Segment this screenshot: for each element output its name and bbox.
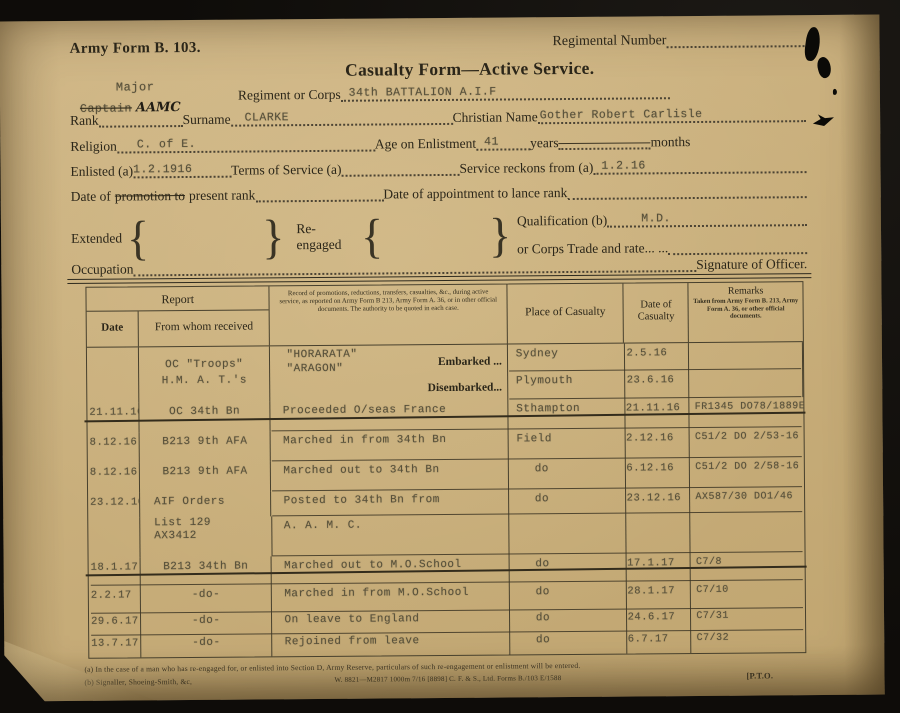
ship-name-2: "ARAGON" <box>287 363 344 376</box>
months-label: months <box>650 134 690 149</box>
cell-remarks: C7/31 <box>691 608 805 631</box>
enlisted-line: Enlisted (a) 1.2.1916 Terms of Service (… <box>70 158 806 179</box>
cell-record: Proceeded O/seas France <box>271 399 509 431</box>
christian-name-value: Gother Robert Carlisle <box>540 108 703 122</box>
service-reckons-field: 1.2.16 <box>593 159 806 175</box>
cell-record: Marched in from 34th Bn <box>271 429 509 461</box>
terms-of-service-label: Terms of Service (a) <box>231 162 342 178</box>
service-reckons-value: 1.2.16 <box>601 159 646 172</box>
religion-field: C. of E. <box>117 138 375 154</box>
age-field: 41 <box>476 136 530 150</box>
table-row: 13.7.17 -do- Rejoined from leave do 6.7.… <box>89 630 805 658</box>
promotion-line: Date of promotion to present rank Date o… <box>71 183 807 204</box>
enlisted-field: 1.2.1916 <box>133 164 231 179</box>
cell-casualty-date: 6.7.17 <box>627 631 692 654</box>
service-reckons-label: Service reckons from (a) <box>459 160 593 176</box>
extended-fields <box>151 237 260 238</box>
rank-value-new: Major <box>116 80 155 94</box>
cell-record: On leave to England <box>272 610 509 634</box>
scan-background: Army Form B. 103. Regimental Number Casu… <box>0 0 900 713</box>
occupation-label: Occupation <box>71 261 133 276</box>
regiment-value: 34th BATTALION A.I.F <box>349 86 497 100</box>
cell-casualty-date: 2.12.16 <box>625 428 690 459</box>
from-line-1: OC "Troops" <box>139 358 270 372</box>
cell-place: Sthampton <box>508 399 625 430</box>
cell-remarks: C51/2 DO 2/58-16 <box>690 457 804 488</box>
qualification-field: M.D. <box>607 212 807 228</box>
cell-remarks: AX587/30 DO1/46 <box>690 487 804 513</box>
date-column-header: Date <box>87 311 139 346</box>
cell-casualty-date: 23.12.16 <box>626 488 691 514</box>
cell-date: 8.12.16 <box>88 462 140 492</box>
cell-casualty-date: 21.11.16 <box>625 398 690 429</box>
lance-rank-field <box>567 184 806 200</box>
cell-record: Rejoined from leave <box>273 632 510 656</box>
cell-record: Marched in from M.O.School <box>272 582 510 612</box>
cell-record: A. A. M. C. <box>272 514 510 556</box>
embarked-label: Embarked ... <box>438 356 502 370</box>
remarks-subtitle: Taken from Army Form B. 213, Army Form A… <box>689 296 803 321</box>
brace-open-2: { <box>361 212 383 260</box>
cell-record: "HORARATA" "ARAGON" Embarked ... Disemba… <box>270 344 508 401</box>
disembarked-label: Disembarked... <box>428 382 503 396</box>
corps-trade-field <box>668 240 807 255</box>
cell-date: 21.11.16 <box>87 402 139 432</box>
cell-date: 8.12.16 <box>88 432 140 462</box>
cell-remarks: FR1345 DO78/1889E <box>690 397 804 428</box>
embark-date: 2.5.16 <box>626 347 667 360</box>
signature-label: Signature of Officer. <box>696 256 807 272</box>
cell-from: -do- <box>141 634 273 657</box>
promotion-label-post: present rank <box>189 187 255 203</box>
remarks-title: Remarks <box>689 282 803 297</box>
from-line-2: AX3412 <box>154 529 271 543</box>
age-label: Age on Enlistment <box>375 136 476 152</box>
lance-rank-label: Date of appointment to lance rank <box>383 185 567 201</box>
cell-from: -do- <box>141 584 273 613</box>
cell-from: List 129 AX3412 <box>140 516 272 557</box>
qualification-value: M.D. <box>641 212 671 225</box>
enlisted-label: Enlisted (a) <box>70 163 133 178</box>
cell-date: 2.2.17 <box>89 585 141 613</box>
place-column-header: Place of Casualty <box>507 284 624 344</box>
brace-close-1: } <box>262 213 284 261</box>
report-header-group: Report Date From whom received <box>86 286 270 346</box>
cell-casualty-date: 2.5.16 23.6.16 <box>624 343 689 399</box>
ink-speck <box>833 89 837 95</box>
ink-blot <box>815 56 833 80</box>
regimental-number-label: Regimental Number <box>552 33 666 49</box>
cell-place: do <box>509 459 626 490</box>
cell-place: do <box>510 582 627 611</box>
footnote-b: (b) Signaller, Shoeing-Smith, &c, <box>85 677 193 687</box>
qualification-label: Qualification (b) <box>517 213 607 229</box>
reengaged-label: Re-engaged <box>296 221 356 253</box>
form-id: Army Form B. 103. <box>69 40 200 58</box>
corps-trade-label: or Corps Trade and rate... ... <box>517 240 668 256</box>
cell-record: Marched out to M.O.School <box>272 554 510 584</box>
casualty-form-page: Army Form B. 103. Regimental Number Casu… <box>0 15 885 702</box>
cell-casualty-date: 17.1.17 <box>626 553 691 582</box>
qualification-line: Qualification (b) M.D. <box>517 211 807 228</box>
page-title: Casualty Form—Active Service. <box>150 56 790 82</box>
cell-casualty-date: 24.6.17 <box>627 609 692 632</box>
cell-remarks <box>691 512 805 553</box>
cell-date: 13.7.17 <box>89 635 141 657</box>
from-line-1: List 129 <box>154 516 271 530</box>
cell-place: do <box>510 610 627 633</box>
casualty-table: Report Date From whom received Record of… <box>85 281 806 659</box>
cell-record: Posted to 34th Bn from <box>272 489 510 516</box>
footnote-a: (a) In the case of a man who has re-enga… <box>84 661 580 674</box>
age-value: 41 <box>484 136 499 149</box>
cell-date: 29.6.17 <box>89 613 141 635</box>
cell-casualty-date: 6.12.16 <box>625 458 690 489</box>
brace-close-2: } <box>489 211 511 259</box>
cell-date: 23.12.16 <box>88 492 140 517</box>
report-subheaders: Date From whom received <box>87 310 270 346</box>
cell-from: B213 34th Bn <box>140 556 272 585</box>
promotion-label-pre: Date of <box>71 189 111 204</box>
casualty-date-column-header: Date of Casualty <box>624 283 689 343</box>
from-column-header: From whom received <box>139 310 270 346</box>
cell-from: B213 9th AFA <box>140 461 272 492</box>
cell-record: Marched out to 34th Bn <box>271 459 509 491</box>
surname-label: Surname <box>183 112 231 127</box>
regiment-field: 34th BATTALION A.I.F <box>341 85 670 102</box>
cell-remarks: C7/10 <box>691 580 805 609</box>
corps-trade-line: or Corps Trade and rate... ... <box>517 239 807 256</box>
extended-label: Extended <box>71 231 122 247</box>
cell-remarks: C7/32 <box>691 630 805 653</box>
regimental-number-line: Regimental Number <box>552 32 804 49</box>
cell-remarks <box>689 342 803 398</box>
table-row-embarkation: OC "Troops" H.M. A. T.'s "HORARATA" "ARA… <box>87 342 803 403</box>
cell-casualty-date: 28.1.17 <box>626 581 691 610</box>
table-row: List 129 AX3412 A. A. M. C. <box>88 512 804 558</box>
regiment-label: Regiment or Corps <box>238 87 341 103</box>
cell-casualty-date <box>626 513 691 554</box>
remarks-column-header: Remarks Taken from Army Form B. 213, Arm… <box>689 282 803 342</box>
cell-place: do <box>509 554 626 583</box>
religion-line: Religion C. of E. Age on Enlistment 41 y… <box>70 133 806 154</box>
ink-blot <box>803 26 821 62</box>
embark-place: Sydney <box>516 348 559 361</box>
surname-value: CLARKE <box>245 111 290 124</box>
terms-of-service-field <box>341 162 459 177</box>
reengaged-fields <box>385 236 487 237</box>
surname-field: CLARKE <box>231 111 453 127</box>
rank-label: Rank <box>70 113 99 128</box>
from-line-2: H.M. A. T.'s <box>139 374 270 388</box>
disembark-date: 23.6.16 <box>627 374 675 387</box>
cell-date <box>87 347 139 402</box>
cell-remarks: C7/8 <box>691 552 805 581</box>
record-column-header: Record of promotions, reductions, transf… <box>270 284 508 345</box>
regiment-line: Regiment or Corps 34th BATTALION A.I.F <box>238 84 670 102</box>
rank-field <box>99 113 183 128</box>
report-header: Report <box>86 286 269 311</box>
cell-place: Sydney Plymouth <box>508 344 625 400</box>
enlisted-value: 1.2.1916 <box>133 163 192 176</box>
ship-name-1: "HORARATA" <box>286 349 357 363</box>
cell-from: -do- <box>141 612 273 635</box>
disembark-place: Plymouth <box>516 375 573 388</box>
promotion-field <box>255 187 383 202</box>
brace-open-1: { <box>127 214 149 262</box>
cell-date <box>88 517 140 557</box>
years-label: years <box>530 135 559 150</box>
cell-from: OC 34th Bn <box>139 401 271 432</box>
table-header: Report Date From whom received Record of… <box>86 282 802 348</box>
cell-place <box>509 514 626 555</box>
christian-name-label: Christian Name <box>453 109 538 125</box>
promotion-label-struck: promotion to <box>115 188 185 204</box>
cell-remarks: C51/2 DO 2/53-16 <box>690 427 804 458</box>
cell-from: AIF Orders <box>140 491 272 517</box>
cell-place: Field <box>508 429 625 460</box>
cell-place: do <box>510 632 627 655</box>
religion-label: Religion <box>70 139 117 154</box>
months-field <box>558 135 650 150</box>
christian-name-field: Gother Robert Carlisle <box>538 108 806 124</box>
ink-mark <box>811 110 836 129</box>
printer-imprint: W. 8821—M2817 1000m 7/16 [8898] C. F. & … <box>334 674 561 684</box>
pto-note: [P.T.O. <box>746 670 773 680</box>
cell-from: OC "Troops" H.M. A. T.'s <box>139 346 271 402</box>
regimental-number-field <box>666 33 804 48</box>
cell-place: do <box>509 489 626 515</box>
cell-from: B213 9th AFA <box>139 431 271 462</box>
religion-value: C. of E. <box>137 138 196 151</box>
cell-date: 18.1.17 <box>89 557 141 585</box>
